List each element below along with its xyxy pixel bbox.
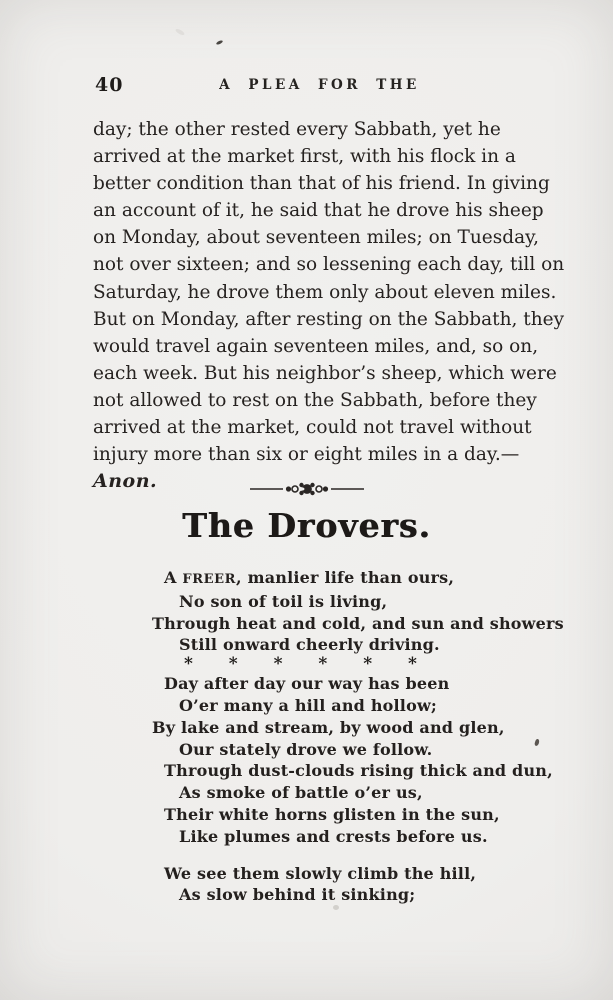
poem-line: Like plumes and crests before us. [152,826,572,848]
poem-line: Day after day our way has been [152,673,572,695]
poem-line: Our stately drove we follow. [152,739,572,761]
poem-line: Still onward cheerly driving. [152,634,572,656]
article-paragraph: day; the other rested every Sabbath, yet… [93,116,546,494]
poem-line-rest: , manlier life than ours, [236,568,454,587]
article-line: not over sixteen; and so lessening each … [93,251,546,278]
poem-line-smallcaps: FREER [182,572,236,587]
section-divider [0,481,613,500]
poem: A FREER, manlier life than ours, No son … [152,567,572,906]
article-line: Saturday, he drove them only about eleve… [93,279,546,306]
scan-speck [175,28,186,36]
article-line: But on Monday, after resting on the Sabb… [93,306,546,333]
poem-line: Through heat and cold, and sun and showe… [152,613,572,635]
running-header-title: A PLEA FOR THE [93,77,546,93]
poem-line-lead: A [164,568,182,587]
poem-line: As smoke of battle o’er us, [152,782,572,804]
poem-line: A FREER, manlier life than ours, [152,567,572,591]
poem-line: By lake and stream, by wood and glen, [152,717,572,739]
poem-line: O’er many a hill and hollow; [152,695,572,717]
poem-line: No son of toil is living, [152,591,572,613]
article-line: arrived at the market first, with his fl… [93,143,546,170]
poem-line: Their white horns glisten in the sun, [152,804,572,826]
floral-divider-icon [250,482,364,496]
asterisk-separator: * * * * * * [152,656,572,673]
article-line: each week. But his neighbor’s sheep, whi… [93,360,546,387]
article-line: better condition than that of his friend… [93,170,546,197]
article-line: arrived at the market, could not travel … [93,414,546,441]
article-line: not allowed to rest on the Sabbath, befo… [93,387,546,414]
article-line: would travel again seventeen miles, and,… [93,333,546,360]
poem-title: The Drovers. [0,506,613,545]
poem-line: We see them slowly climb the hill, [152,863,572,885]
book-page-scan: 40 A PLEA FOR THE day; the other rested … [0,0,613,1000]
running-head: 40 A PLEA FOR THE [93,74,546,96]
stanza-gap [152,848,572,863]
poem-line: Through dust-clouds rising thick and dun… [152,760,572,782]
article-line: injury more than six or eight miles in a… [93,441,546,468]
article-line: day; the other rested every Sabbath, yet… [93,116,546,143]
poem-line: As slow behind it sinking; [152,884,572,906]
article-line: an account of it, he said that he drove … [93,197,546,224]
article-line: on Monday, about seventeen miles; on Tue… [93,224,546,251]
scan-speck [216,40,224,46]
